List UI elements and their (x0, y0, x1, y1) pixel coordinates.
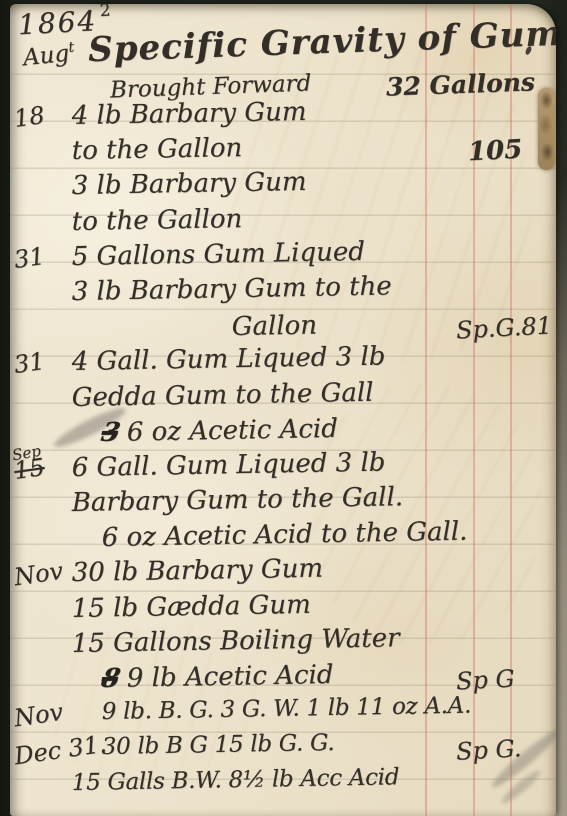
entry-annotation: Sp G (455, 664, 515, 695)
entry-text: 36 oz Acetic Acid (101, 414, 338, 448)
entry-row: 89 lb Acetic AcidSp G (10, 664, 556, 699)
entry-row: 15 lb Gædda Gum (10, 594, 556, 629)
brought-forward-value: 32 Gallons (386, 67, 536, 101)
entry-row: Gedda Gum to the Gall (10, 383, 556, 418)
entry-row: GallonSp.G.81 (10, 312, 556, 347)
ledger-page: 18642 Augt Specific Gravity of Gum Broug… (10, 4, 556, 816)
entry-row: Sep156 Gall. Gum Liqued 3 lb (10, 453, 556, 488)
entry-date: Dec 31. (13, 730, 109, 771)
entry-row: to the Gallon (10, 207, 556, 242)
month-superscript: t (68, 39, 75, 56)
year-text: 1864 (17, 4, 98, 41)
entry-text: 4 Gall. Gum Liqued 3 lb (71, 342, 385, 377)
notebook-photo: 18642 Augt Specific Gravity of Gum Broug… (0, 0, 567, 816)
page-title: Specific Gravity of Gum (87, 14, 556, 71)
entry-row: Dec 31.30 lb B G 15 lb G. G.Sp G. (10, 734, 556, 769)
entry-text: 4 lb Barbary Gum (71, 97, 306, 131)
entry-row: 314 Gall. Gum Liqued 3 lb (10, 347, 556, 382)
entry-date: 31 (12, 242, 46, 274)
entry-text: 3 lb Barbary Gum to the (71, 271, 391, 307)
entry-row: 15 Gallons Boiling Water (10, 629, 556, 664)
entry-text: 5 Gallons Gum Liqued (71, 237, 365, 272)
entry-row: 15 Galls B.W. 8½ lb Acc Acid (10, 770, 556, 805)
entry-row: 36 oz Acetic Acid (10, 418, 556, 453)
entry-text: 9 lb. B. G. 3 G. W. 1 lb 11 oz A.A. (102, 693, 472, 725)
entry-month: Augt (22, 39, 76, 71)
entry-text: 89 lb Acetic Acid (101, 660, 333, 694)
entry-row: 315 Gallons Gum Liqued (10, 242, 556, 277)
entry-text: to the Gallon (71, 204, 242, 237)
entry-text: Gallon (231, 311, 317, 342)
entry-text: 15 Galls B.W. 8½ lb Acc Acid (72, 764, 400, 796)
entry-date: Nov (12, 698, 64, 733)
entry-text: 30 lb B G 15 lb G. G. (102, 730, 335, 760)
entry-text: 3 lb Barbary Gum (71, 167, 306, 201)
entry-annotation: Sp G. (455, 735, 522, 766)
entry-text: 15 Gallons Boiling Water (71, 623, 399, 659)
cancelled-mark: 8 (99, 664, 121, 694)
ledger-entries: 184 lb Barbary Gumto the Gallon1053 lb B… (10, 101, 556, 805)
entry-row: to the Gallon105 (10, 136, 556, 171)
entry-text: 6 Gall. Gum Liqued 3 lb (71, 447, 385, 482)
entry-row: Nov30 lb Barbary Gum (10, 558, 556, 593)
entry-text: to the Gallon (71, 133, 242, 166)
entry-text: Barbary Gum to the Gall. (71, 482, 403, 518)
cancelled-mark: 3 (99, 417, 121, 447)
entry-row: 3 lb Barbary Gum (10, 171, 556, 206)
entry-date: 15 (12, 453, 46, 485)
entry-row: 184 lb Barbary Gum (10, 101, 556, 136)
page-number: 2 (99, 4, 113, 21)
entry-row: 6 oz Acetic Acid to the Gall. (10, 523, 556, 558)
entry-text: 6 oz Acetic Acid to the Gall. (101, 517, 467, 553)
month-text: Aug (22, 41, 71, 72)
entry-date: 31 (12, 347, 46, 379)
entry-text: Gedda Gum to the Gall (71, 377, 373, 412)
entry-row: 3 lb Barbary Gum to the (10, 277, 556, 312)
entry-text: 15 lb Gædda Gum (71, 589, 311, 623)
entry-date: Nov (12, 557, 64, 592)
entry-annotation: Sp.G.81 (455, 312, 552, 345)
entry-text: 30 lb Barbary Gum (71, 554, 323, 588)
entry-row: Nov9 lb. B. G. 3 G. W. 1 lb 11 oz A.A. (10, 699, 556, 734)
entry-amount: 105 (467, 135, 523, 168)
entry-date: 18 (12, 101, 46, 133)
entry-row: Barbary Gum to the Gall. (10, 488, 556, 523)
